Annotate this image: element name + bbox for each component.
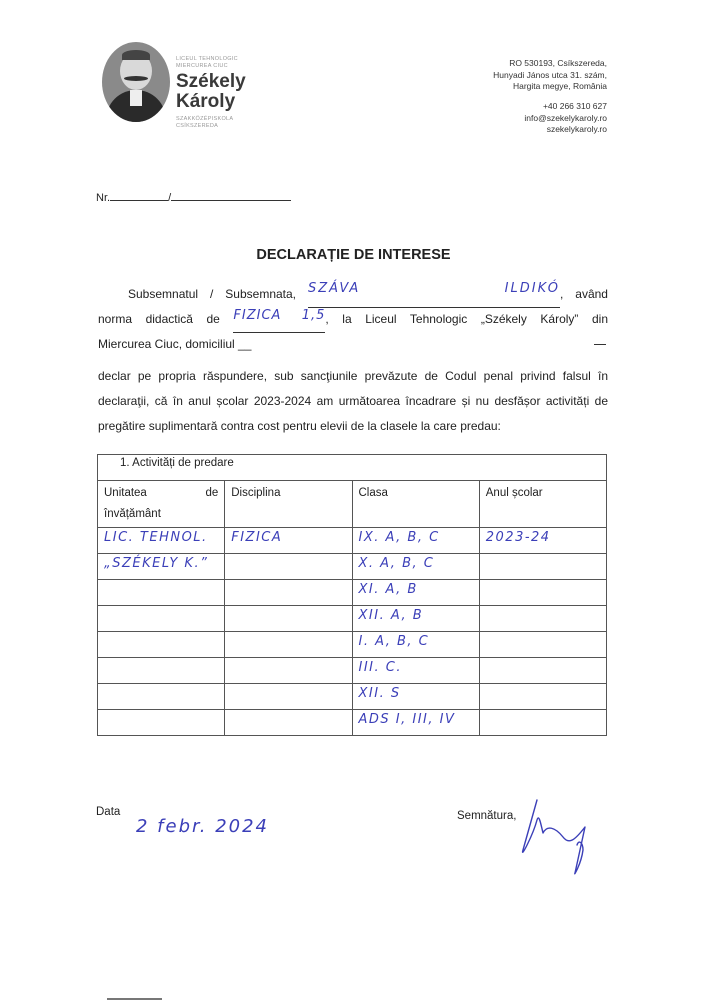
cell-unit (98, 710, 225, 736)
cell-year (479, 684, 606, 710)
website: szekelykaroly.ro (524, 124, 607, 136)
name-handwritten: SZÁVA ILDIKÓ (308, 281, 560, 296)
cell-unit (98, 632, 225, 658)
cell-year: 2023-24 (479, 528, 606, 554)
logo-name2: Károly (176, 92, 246, 112)
cell-class: I. A, B, C (352, 632, 479, 658)
cell-year (479, 580, 606, 606)
phone: +40 266 310 627 (524, 101, 607, 113)
teaching-activities-table: 1. Activități de predare Unitateade învă… (97, 454, 607, 736)
cell-class: XI. A, B (352, 580, 479, 606)
avand-label: , având (560, 287, 608, 301)
nr-date-field (171, 190, 291, 201)
cell-class: IX. A, B, C (352, 528, 479, 554)
table-row: I. A, B, C (98, 632, 607, 658)
table-row: LIC. TEHNOL. FIZICA IX. A, B, C 2023-24 (98, 528, 607, 554)
logo-portrait (102, 42, 170, 122)
logo-name1: Székely (176, 72, 246, 92)
address-line: RO 530193, Csíkszereda, (493, 58, 607, 70)
declaration-line1: Subsemnatul / Subsemnata, SZÁVA ILDIKÓ, … (98, 282, 608, 308)
registration-number: Nr./ (96, 190, 291, 204)
header-class: Clasa (352, 481, 479, 528)
norma-label: norma didactică de (98, 312, 220, 326)
cell-class: III. C. (352, 658, 479, 684)
cell-unit (98, 606, 225, 632)
logo-line2: MIERCUREA CIUC (176, 63, 246, 70)
cell-discipline: FIZICA (225, 528, 352, 554)
date-label: Data (96, 806, 120, 818)
email: info@szekelykaroly.ro (524, 113, 607, 125)
name-field: SZÁVA ILDIKÓ (308, 282, 560, 308)
cell-class: ADS I, III, IV (352, 710, 479, 736)
address-line: Hargita megye, România (493, 81, 607, 93)
table-row: III. C. (98, 658, 607, 684)
cell-year (479, 658, 606, 684)
cell-unit (98, 684, 225, 710)
cell-unit: „SZÉKELY K.” (98, 554, 225, 580)
table-row: „SZÉKELY K.” X. A, B, C (98, 554, 607, 580)
logo-line3: SZAKKÖZÉPISKOLA (176, 116, 246, 123)
cell-discipline (225, 554, 352, 580)
cell-discipline (225, 710, 352, 736)
subsemnatul-label: Subsemnatul / Subsemnata, (98, 287, 296, 301)
date-handwritten: 2 febr. 2024 (136, 816, 269, 837)
section-title: 1. Activități de predare (98, 455, 607, 481)
school-contact: +40 266 310 627 info@szekelykaroly.ro sz… (524, 101, 607, 136)
declaration-line4: declar pe propria răspundere, sub sancţi… (98, 364, 608, 389)
header-discipline: Disciplina (225, 481, 352, 528)
cell-discipline (225, 580, 352, 606)
cell-unit (98, 580, 225, 606)
domiciliul-label: Miercurea Ciuc, domiciliul __ (98, 337, 251, 351)
nr-field (110, 190, 168, 201)
school-address: RO 530193, Csíkszereda, Hunyadi János ut… (493, 58, 607, 93)
table-row: ADS I, III, IV (98, 710, 607, 736)
header-unit-word: învățământ (104, 504, 218, 525)
cell-discipline (225, 606, 352, 632)
declaration-line6: pregătire suplimentară contra cost pentr… (98, 414, 608, 439)
domicile-end-line (594, 344, 606, 345)
cell-class: X. A, B, C (352, 554, 479, 580)
logo-line1: LICEUL TEHNOLOGIC (176, 56, 246, 63)
school-logo-text: LICEUL TEHNOLOGIC MIERCUREA CIUC Székely… (176, 56, 246, 130)
declaration-line5: declaraţii, că în anul școlar 2023-2024 … (98, 389, 608, 414)
nr-label: Nr. (96, 192, 110, 204)
declaration-line2: norma didactică de FIZICA 1,5, la Liceul… (98, 307, 608, 333)
header-unit-word: de (205, 483, 218, 504)
cell-year (479, 606, 606, 632)
cell-year (479, 632, 606, 658)
header-school-year: Anul școlar (479, 481, 606, 528)
table-row: XII. S (98, 684, 607, 710)
declaration-line3: Miercurea Ciuc, domiciliul __ (98, 332, 608, 357)
cell-discipline (225, 658, 352, 684)
header-unit-word: Unitatea (104, 483, 147, 504)
logo-line4: CSÍKSZEREDA (176, 123, 246, 130)
cell-class: XII. S (352, 684, 479, 710)
cell-discipline (225, 632, 352, 658)
signature-icon (515, 795, 615, 875)
cell-unit (98, 658, 225, 684)
cell-discipline (225, 684, 352, 710)
cell-year (479, 710, 606, 736)
address-line: Hunyadi János utca 31. szám, (493, 70, 607, 82)
cell-year (479, 554, 606, 580)
norm-field: FIZICA 1,5 (233, 307, 325, 333)
document-title: DECLARAȚIE DE INTERESE (0, 247, 707, 263)
school-label: , la Liceul Tehnologic „Székely Károly” … (325, 312, 608, 326)
signature-label: Semnătura, (457, 810, 516, 822)
table-row: XI. A, B (98, 580, 607, 606)
cell-unit: LIC. TEHNOL. (98, 528, 225, 554)
table-row: XII. A, B (98, 606, 607, 632)
header-unit: Unitateade învățământ (98, 481, 225, 528)
norm-handwritten: FIZICA 1,5 (233, 308, 325, 323)
cell-class: XII. A, B (352, 606, 479, 632)
